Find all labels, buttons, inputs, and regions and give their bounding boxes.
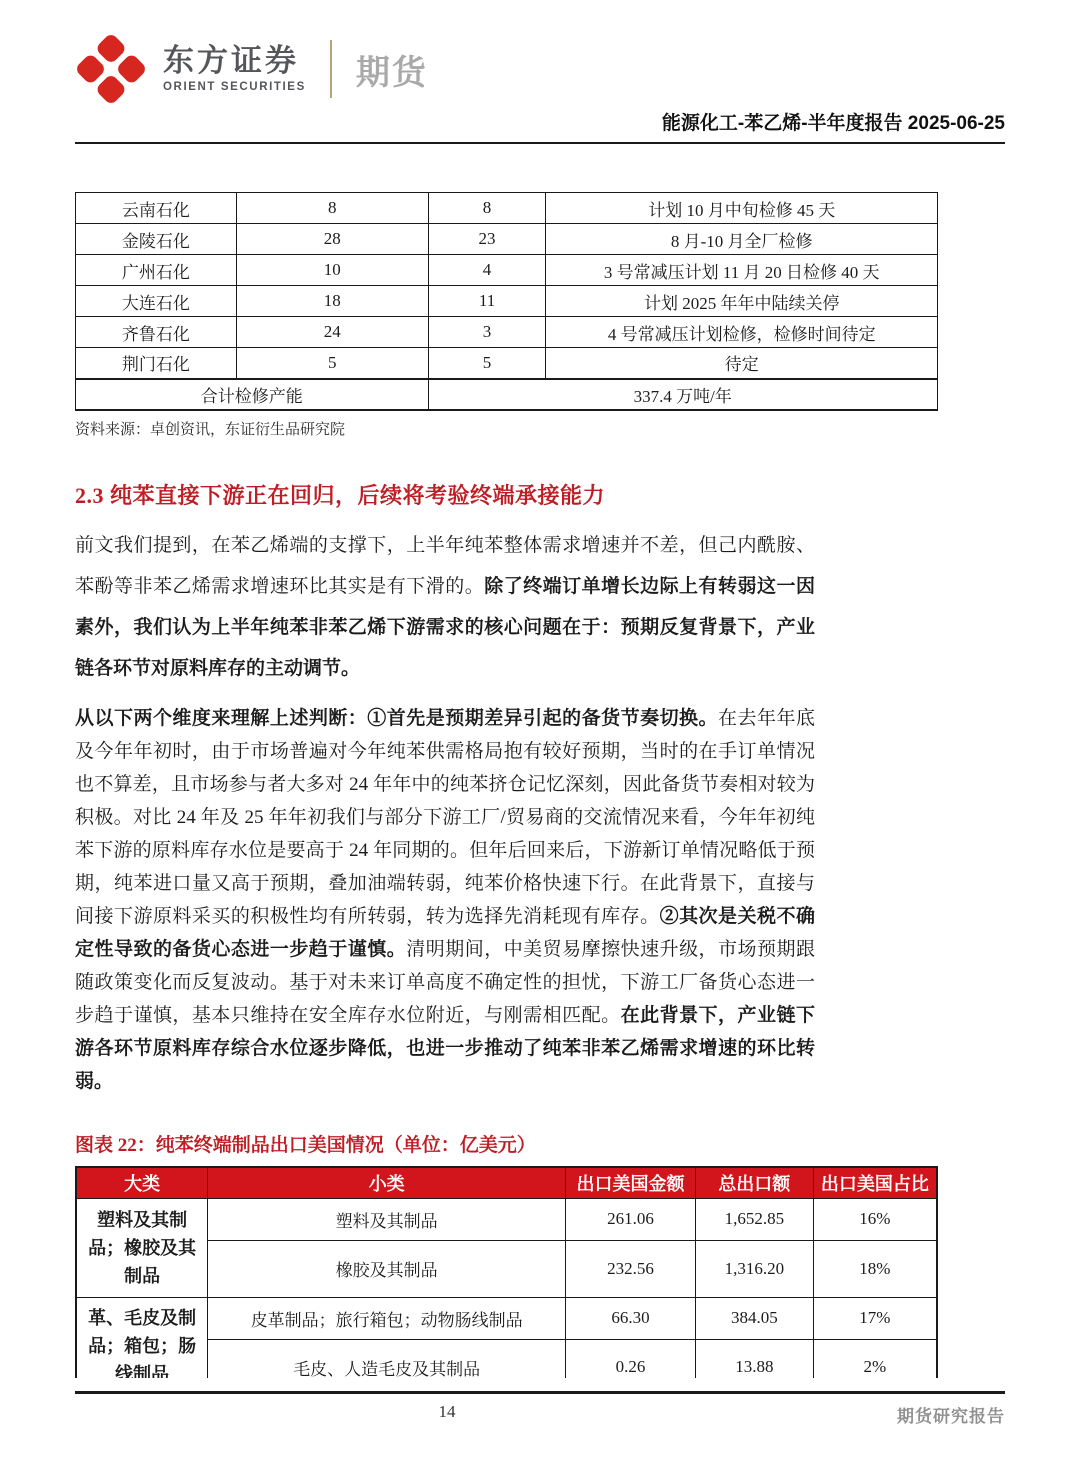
plant-name: 云南石化 bbox=[76, 193, 237, 224]
total-export-value: 13.88 bbox=[695, 1339, 813, 1378]
table-row: 金陵石化 28 23 8 月-10 月全厂检修 bbox=[76, 224, 938, 255]
report-title-line: 能源化工-苯乙烯-半年度报告 2025-06-25 bbox=[75, 108, 1005, 135]
us-export-value: 261.06 bbox=[566, 1198, 696, 1240]
section-heading: 2.3 纯苯直接下游正在回归，后续将考验终端承接能力 bbox=[75, 479, 1005, 510]
logo-diamond bbox=[95, 73, 128, 106]
plant-value1: 24 bbox=[236, 317, 428, 348]
plant-value1: 8 bbox=[236, 193, 428, 224]
plant-note: 4 号常减压计划检修，检修时间待定 bbox=[546, 317, 938, 348]
category-cell: 塑料及其制品；橡胶及其制品 bbox=[76, 1198, 208, 1297]
header-rule bbox=[75, 142, 1005, 144]
logo-text: 东方证券 ORIENT SECURITIES bbox=[163, 44, 306, 94]
us-share-value: 16% bbox=[813, 1198, 937, 1240]
subcategory-cell: 塑料及其制品 bbox=[208, 1198, 566, 1240]
plant-note: 计划 2025 年年中陆续关停 bbox=[546, 286, 938, 317]
us-share-value: 18% bbox=[813, 1240, 937, 1297]
footer-row: 14 期货研究报告 bbox=[75, 1402, 1005, 1428]
logo-diamond bbox=[115, 53, 148, 86]
plant-value2: 5 bbox=[428, 348, 546, 379]
plant-name: 大连石化 bbox=[76, 286, 237, 317]
table-row: 齐鲁石化 24 3 4 号常减压计划检修，检修时间待定 bbox=[76, 317, 938, 348]
table-row: 荆门石化 5 5 待定 bbox=[76, 348, 938, 379]
maintenance-table: 云南石化 8 8 计划 10 月中旬检修 45 天 金陵石化 28 23 8 月… bbox=[75, 192, 938, 411]
column-header: 出口美国占比 bbox=[813, 1167, 937, 1199]
plant-note: 3 号常减压计划 11 月 20 日检修 40 天 bbox=[546, 255, 938, 286]
plant-value1: 28 bbox=[236, 224, 428, 255]
column-header: 小类 bbox=[208, 1167, 566, 1199]
column-header: 总出口额 bbox=[695, 1167, 813, 1199]
category-cell: 革、毛皮及制品；箱包；肠线制品 bbox=[76, 1297, 208, 1378]
paragraph-1: 前文我们提到，在苯乙烯端的支撑下，上半年纯苯整体需求增速并不差，但己内酰胺、苯酚… bbox=[75, 525, 815, 689]
total-export-value: 1,652.85 bbox=[695, 1198, 813, 1240]
export-table: 大类 小类 出口美国金额 总出口额 出口美国占比 塑料及其制品；橡胶及其制品 塑… bbox=[75, 1166, 938, 1379]
page-content: 东方证券 ORIENT SECURITIES 期货 能源化工-苯乙烯-半年度报告… bbox=[0, 0, 1080, 1378]
total-export-value: 384.05 bbox=[695, 1297, 813, 1339]
subcategory-cell: 皮革制品；旅行箱包；动物肠线制品 bbox=[208, 1297, 566, 1339]
header: 东方证券 ORIENT SECURITIES 期货 bbox=[75, 0, 1005, 102]
total-value: 337.4 万吨/年 bbox=[428, 379, 937, 410]
plant-value2: 23 bbox=[428, 224, 546, 255]
paragraph-2: 从以下两个维度来理解上述判断：①首先是预期差异引起的备货节奏切换。在去年年底及今… bbox=[75, 702, 815, 1098]
plant-name: 金陵石化 bbox=[76, 224, 237, 255]
plant-value1: 10 bbox=[236, 255, 428, 286]
orient-securities-logo-icon bbox=[74, 32, 148, 106]
plant-note: 8 月-10 月全厂检修 bbox=[546, 224, 938, 255]
report-page: 东方证券 ORIENT SECURITIES 期货 能源化工-苯乙烯-半年度报告… bbox=[0, 0, 1080, 1466]
column-header: 出口美国金额 bbox=[566, 1167, 696, 1199]
page-number: 14 bbox=[439, 1402, 456, 1422]
table-header-row: 大类 小类 出口美国金额 总出口额 出口美国占比 bbox=[76, 1167, 937, 1199]
table-row: 塑料及其制品；橡胶及其制品 塑料及其制品 261.06 1,652.85 16% bbox=[76, 1198, 937, 1240]
plant-value2: 8 bbox=[428, 193, 546, 224]
plant-value2: 3 bbox=[428, 317, 546, 348]
subcategory-cell: 橡胶及其制品 bbox=[208, 1240, 566, 1297]
division-label: 期货 bbox=[356, 45, 428, 94]
footer-rule bbox=[75, 1391, 1005, 1394]
plant-name: 荆门石化 bbox=[76, 348, 237, 379]
plant-value1: 5 bbox=[236, 348, 428, 379]
total-label: 合计检修产能 bbox=[76, 379, 429, 410]
subcategory-cell: 毛皮、人造毛皮及其制品 bbox=[208, 1339, 566, 1378]
data-source-note: 资料来源：卓创资讯，东证衍生品研究院 bbox=[75, 418, 1005, 439]
table-row: 广州石化 10 4 3 号常减压计划 11 月 20 日检修 40 天 bbox=[76, 255, 938, 286]
total-export-value: 1,316.20 bbox=[695, 1240, 813, 1297]
plant-name: 齐鲁石化 bbox=[76, 317, 237, 348]
paragraph-text: 在去年年底及今年年初时，由于市场普遍对今年纯苯供需格局抱有较好预期，当时的在手订… bbox=[75, 708, 815, 927]
column-header: 大类 bbox=[76, 1167, 208, 1199]
logo-divider bbox=[330, 40, 332, 98]
plant-note: 计划 10 月中旬检修 45 天 bbox=[546, 193, 938, 224]
table-row: 革、毛皮及制品；箱包；肠线制品 皮革制品；旅行箱包；动物肠线制品 66.30 3… bbox=[76, 1297, 937, 1339]
plant-value1: 18 bbox=[236, 286, 428, 317]
us-share-value: 2% bbox=[813, 1339, 937, 1378]
paragraph-bold-text: 从以下两个维度来理解上述判断：①首先是预期差异引起的备货节奏切换。 bbox=[75, 708, 718, 729]
plant-note: 待定 bbox=[546, 348, 938, 379]
plant-value2: 11 bbox=[428, 286, 546, 317]
us-export-value: 0.26 bbox=[566, 1339, 696, 1378]
table-row: 云南石化 8 8 计划 10 月中旬检修 45 天 bbox=[76, 193, 938, 224]
us-share-value: 17% bbox=[813, 1297, 937, 1339]
table-row: 大连石化 18 11 计划 2025 年年中陆续关停 bbox=[76, 286, 938, 317]
table-total-row: 合计检修产能 337.4 万吨/年 bbox=[76, 379, 938, 410]
us-export-value: 232.56 bbox=[566, 1240, 696, 1297]
plant-value2: 4 bbox=[428, 255, 546, 286]
logo-name-en: ORIENT SECURITIES bbox=[163, 81, 306, 94]
figure-caption: 图表 22：纯苯终端制品出口美国情况（单位：亿美元） bbox=[75, 1130, 1005, 1157]
us-export-value: 66.30 bbox=[566, 1297, 696, 1339]
logo-name-cn: 东方证券 bbox=[163, 44, 306, 78]
footer: 14 期货研究报告 bbox=[75, 1391, 1005, 1428]
plant-name: 广州石化 bbox=[76, 255, 237, 286]
footer-report-type: 期货研究报告 bbox=[897, 1402, 1005, 1427]
